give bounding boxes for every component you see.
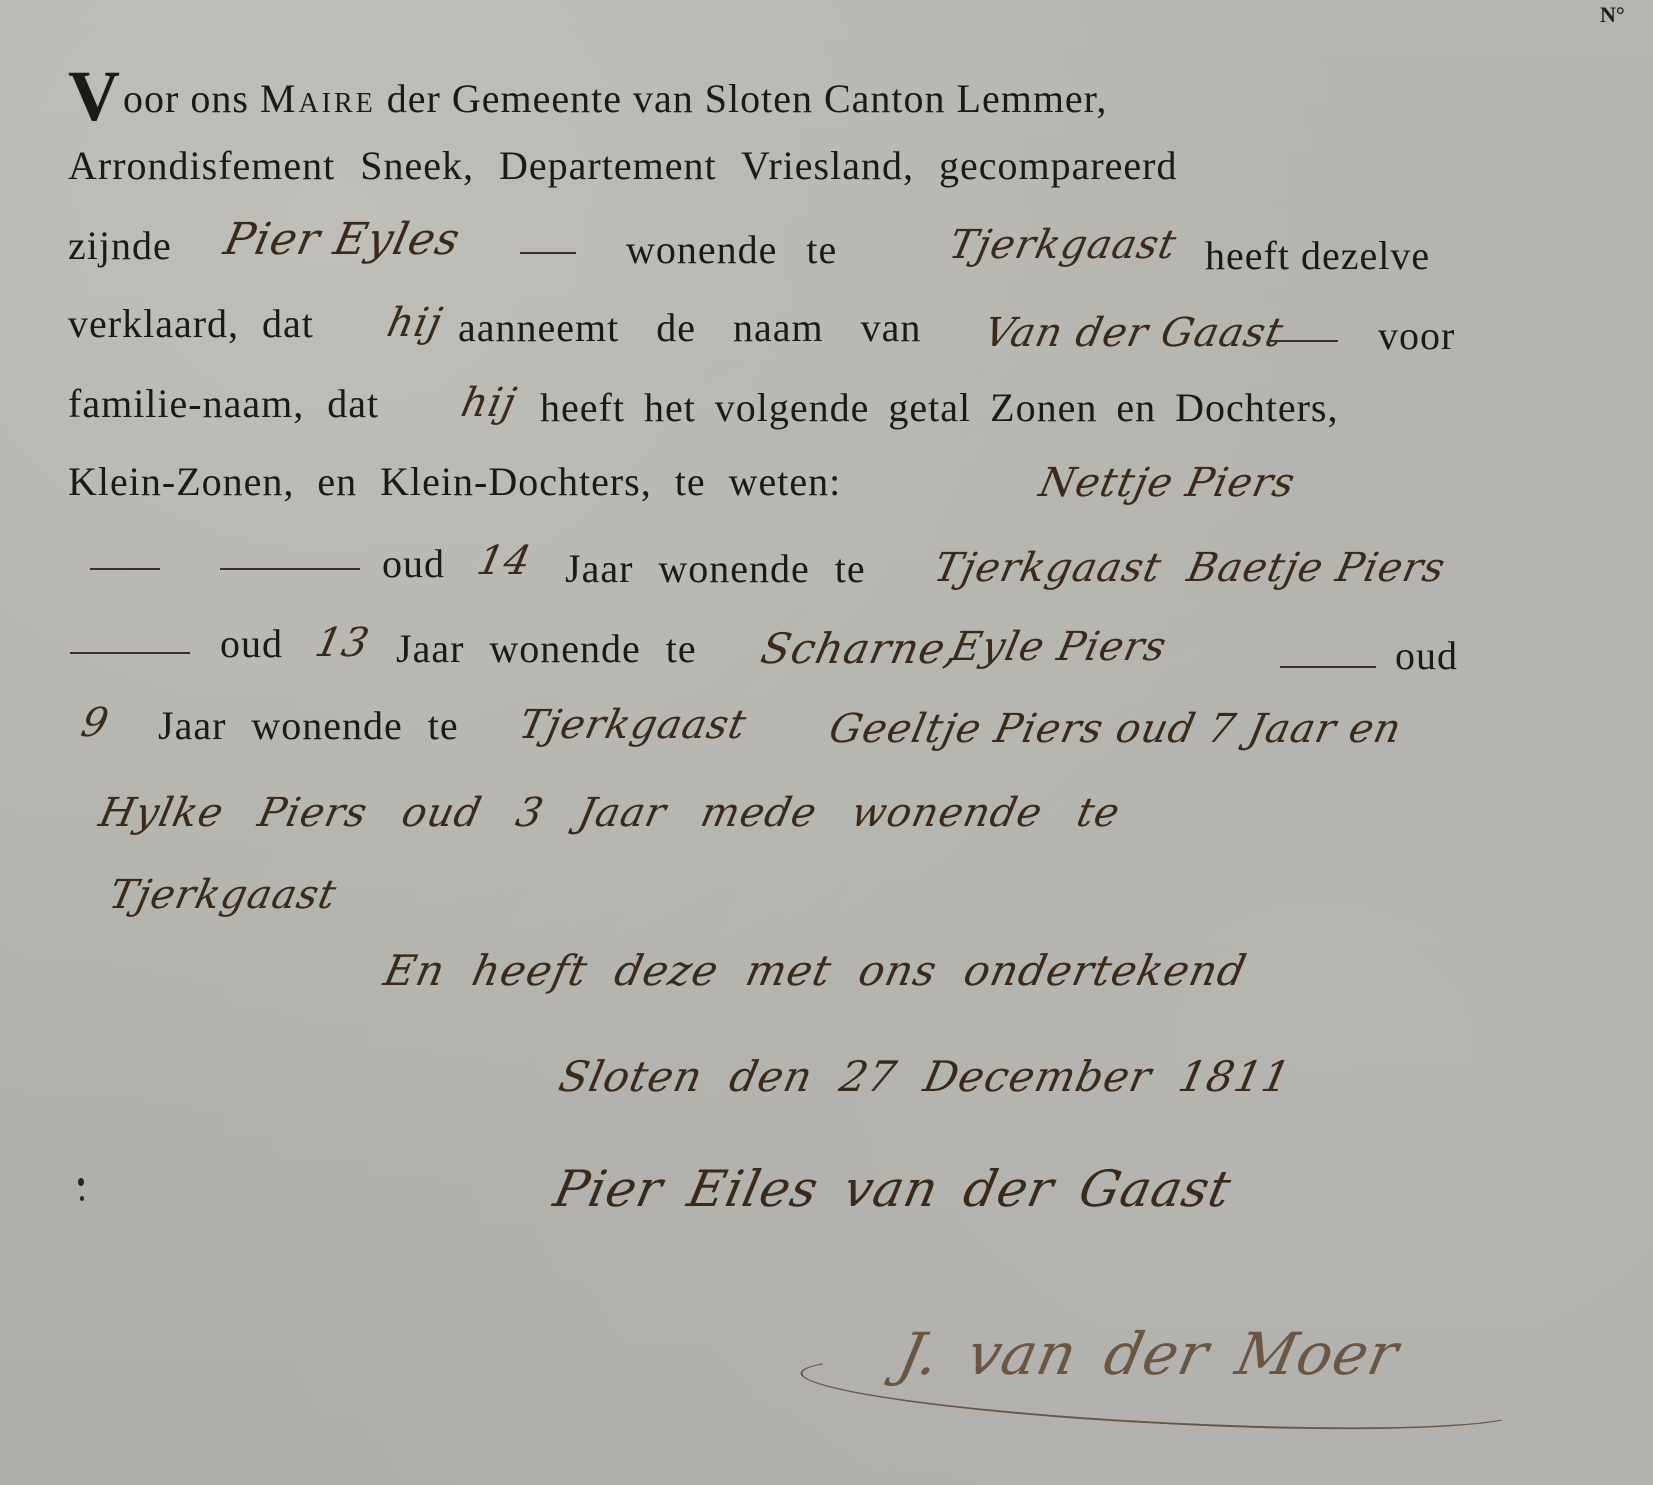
printed-oud: oud	[220, 620, 283, 667]
handwritten-pronoun-1: hij	[383, 300, 447, 346]
printed-heeft-dezelve: heeft dezelve	[1205, 232, 1430, 279]
printed-voor: voor	[1378, 312, 1455, 359]
printed-klein-zonen: Klein-Zonen, en Klein-Dochters, te weten…	[68, 458, 841, 505]
fill-dash	[220, 568, 360, 570]
printed-jaar-wonende-te: Jaar wonende te	[158, 702, 459, 749]
handwritten-children-residence: Tjerkgaast	[105, 872, 341, 918]
printed-zijnde: zijnde	[68, 222, 172, 269]
handwritten-place-date: Sloten den 27 December 1811	[555, 1052, 1296, 1101]
handwritten-child-1-residence: Tjerkgaast	[930, 545, 1166, 591]
text-gemeente: der Gemeente van Sloten Canton Lemmer,	[387, 76, 1108, 121]
corner-number-mark: N°	[1600, 2, 1625, 28]
text-maire: Maire	[260, 76, 376, 121]
printed-line-1: Voor ons Maire der Gemeente van Sloten C…	[68, 52, 1107, 124]
handwritten-child-1-age: 14	[473, 538, 536, 584]
printed-jaar-wonende-te: Jaar wonende te	[565, 545, 866, 592]
handwritten-pronoun-2: hij	[457, 380, 521, 426]
handwritten-child-4: Geeltje Piers oud 7 Jaar en	[825, 706, 1406, 752]
document-page: N° Voor ons Maire der Gemeente van Slote…	[0, 0, 1653, 1485]
signature-declarant: Pier Eiles van der Gaast	[549, 1160, 1237, 1218]
handwritten-child-1-name: Nettje Piers	[1035, 460, 1299, 506]
handwritten-declarant-residence: Tjerkgaast	[945, 222, 1181, 268]
handwritten-child-3-age: 9	[77, 700, 113, 746]
printed-verklaard-dat: verklaard, dat	[68, 300, 314, 347]
ink-spot	[80, 1196, 84, 1201]
printed-aanneemt: aanneemt de naam van	[458, 304, 921, 351]
text-voor-ons: oor ons	[123, 76, 249, 121]
handwritten-declarant-name: Pier Eyles	[220, 214, 465, 265]
fill-dash	[1268, 340, 1338, 342]
handwritten-child-2-residence: Scharne,	[757, 624, 965, 673]
handwritten-closing: En heeft deze met ons ondertekend	[380, 946, 1251, 995]
handwritten-child-3-residence: Tjerkgaast	[515, 702, 751, 748]
printed-familie-naam: familie-naam, dat	[68, 380, 379, 427]
ink-spot	[78, 1178, 84, 1186]
printed-wonende-te: wonende te	[626, 226, 837, 273]
fill-dash	[1280, 666, 1376, 668]
drop-cap: V	[68, 56, 121, 136]
fill-dash	[70, 652, 190, 654]
fill-dash	[520, 252, 576, 254]
printed-heeft-het-volgende: heeft het volgende getal Zonen en Dochte…	[540, 384, 1339, 431]
handwritten-child-3-name: Eyle Piers	[947, 624, 1171, 670]
handwritten-child-5: Hylke Piers oud 3 Jaar mede wonende te	[95, 790, 1124, 836]
handwritten-adopted-surname: Van der Gaast	[980, 310, 1288, 356]
printed-jaar-wonende-te: Jaar wonende te	[396, 625, 697, 672]
handwritten-child-2-name: Baetje Piers	[1183, 545, 1450, 591]
printed-line-2: Arrondisfement Sneek, Departement Vriesl…	[68, 142, 1177, 189]
handwritten-child-2-age: 13	[311, 620, 374, 666]
printed-oud: oud	[1395, 632, 1458, 679]
fill-dash	[90, 568, 160, 570]
printed-oud: oud	[382, 540, 445, 587]
